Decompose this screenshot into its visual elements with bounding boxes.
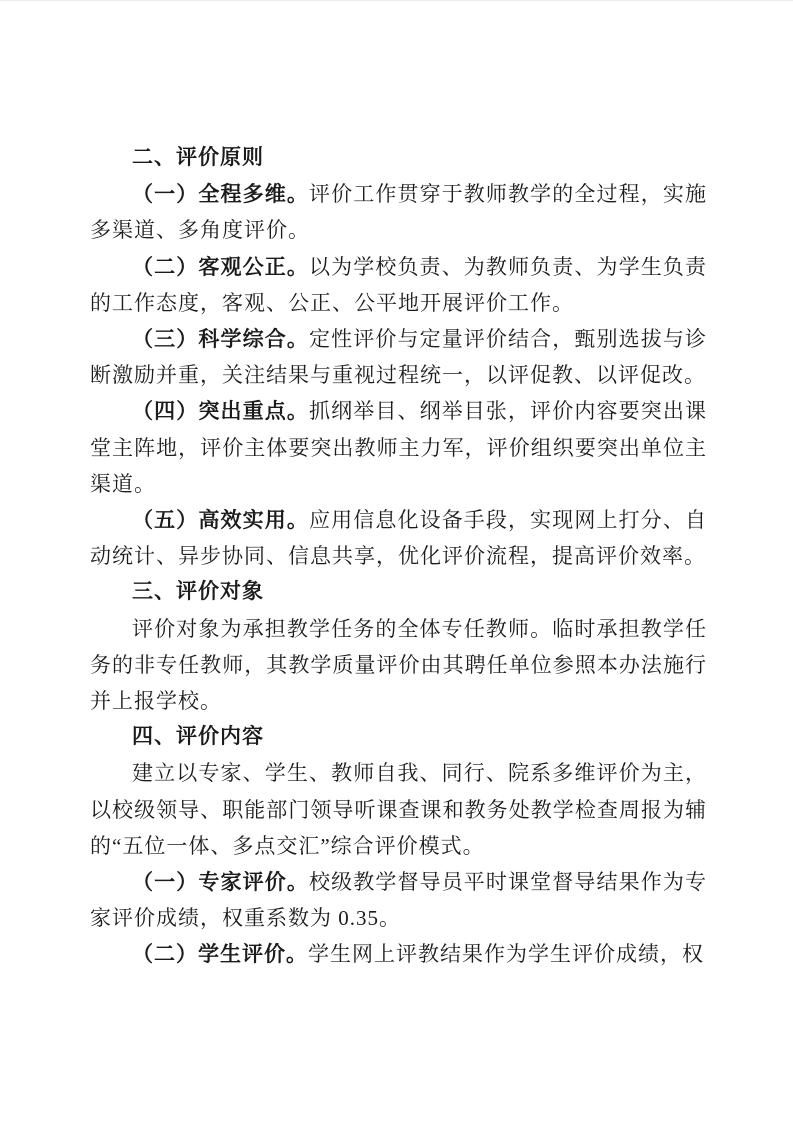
heading-text: 二、评价原则 (132, 146, 264, 169)
document-body: 二、评价原则（一）全程多维。评价工作贯穿于教师教学的全过程，实施多渠道、多角度评… (0, 1, 793, 1122)
paragraph-lead: （二）学生评价。 (132, 942, 308, 966)
paragraph-lead: （一）全程多维。 (132, 182, 309, 206)
paragraph: （二）学生评价。学生网上评教结果作为学生评价成绩，权 (90, 936, 707, 972)
paragraph: （三）科学综合。定性评价与定量评价结合，甄别选拔与诊断激励并重，关注结果与重视过… (90, 321, 707, 393)
paragraph: 评价对象为承担教学任务的全体专任教师。临时承担教学任务的非专任教师，其教学质量评… (90, 611, 707, 720)
section-heading: 二、评价原则 (90, 140, 707, 176)
document-page: { "page": { "background": "#ffffff", "te… (0, 0, 793, 1122)
paragraph-lead: （二）客观公正。 (132, 255, 309, 279)
paragraph-text: 建立以专家、学生、教师自我、同行、院系多维评价为主，以校级领导、职能部门领导听课… (90, 761, 707, 857)
paragraph-text: 学生网上评教结果作为学生评价成绩，权 (308, 942, 704, 966)
paragraph: （五）高效实用。应用信息化设备手段，实现网上打分、自动统计、异步协同、信息共享，… (90, 502, 707, 574)
heading-text: 三、评价对象 (132, 580, 264, 603)
paragraph-lead: （五）高效实用。 (132, 508, 309, 532)
paragraph-lead: （三）科学综合。 (132, 327, 309, 351)
paragraph-text: 评价对象为承担教学任务的全体专任教师。临时承担教学任务的非专任教师，其教学质量评… (90, 617, 707, 713)
paragraph: （四）突出重点。抓纲举目、纲举目张，评价内容要突出课堂主阵地，评价主体要突出教师… (90, 393, 707, 502)
paragraph-lead: （四）突出重点。 (132, 399, 309, 423)
paragraph: 建立以专家、学生、教师自我、同行、院系多维评价为主，以校级领导、职能部门领导听课… (90, 755, 707, 864)
paragraph-lead: （一）专家评价。 (132, 870, 309, 894)
paragraph: （二）客观公正。以为学校负责、为教师负责、为学生负责的工作态度，客观、公正、公平… (90, 249, 707, 321)
paragraph: （一）专家评价。校级教学督导员平时课堂督导结果作为专家评价成绩，权重系数为 0.… (90, 864, 707, 936)
paragraph: （一）全程多维。评价工作贯穿于教师教学的全过程，实施多渠道、多角度评价。 (90, 176, 707, 248)
heading-text: 四、评价内容 (132, 725, 264, 748)
section-heading: 三、评价对象 (90, 574, 707, 610)
section-heading: 四、评价内容 (90, 719, 707, 755)
